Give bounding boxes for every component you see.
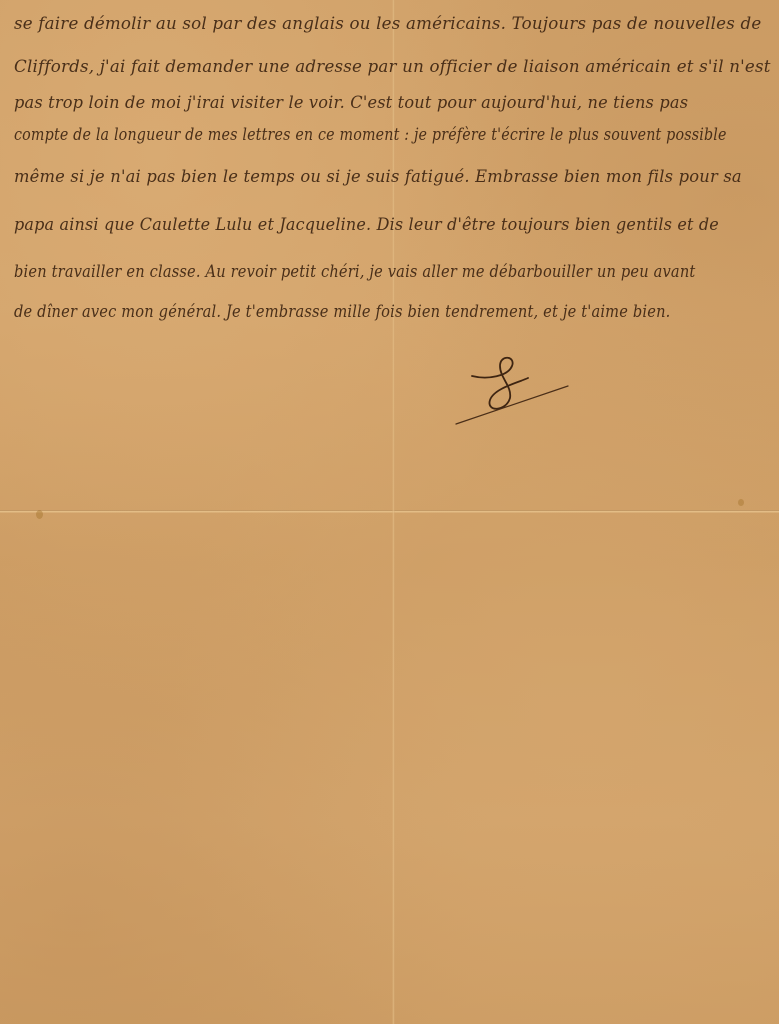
signature-flourish <box>450 350 590 430</box>
paper-stain <box>36 510 43 519</box>
horizontal-fold-crease <box>0 510 779 513</box>
letter-line: Cliffords, j'ai fait demander une adress… <box>14 57 771 77</box>
letter-line: compte de la longueur de mes lettres en … <box>14 125 727 145</box>
paper-stain <box>738 499 744 506</box>
letter-line: même si je n'ai pas bien le temps ou si … <box>14 167 742 187</box>
letter-line: papa ainsi que Caulette Lulu et Jacqueli… <box>14 215 719 235</box>
letter-line: bien travailler en classe. Au revoir pet… <box>14 262 695 282</box>
letter-line: se faire démolir au sol par des anglais … <box>14 14 761 34</box>
letter-page: se faire démolir au sol par des anglais … <box>0 0 779 1024</box>
letter-line: de dîner avec mon général. Je t'embrasse… <box>14 302 670 322</box>
letter-line: pas trop loin de moi j'irai visiter le v… <box>14 93 688 113</box>
vertical-fold-crease <box>392 0 395 1024</box>
